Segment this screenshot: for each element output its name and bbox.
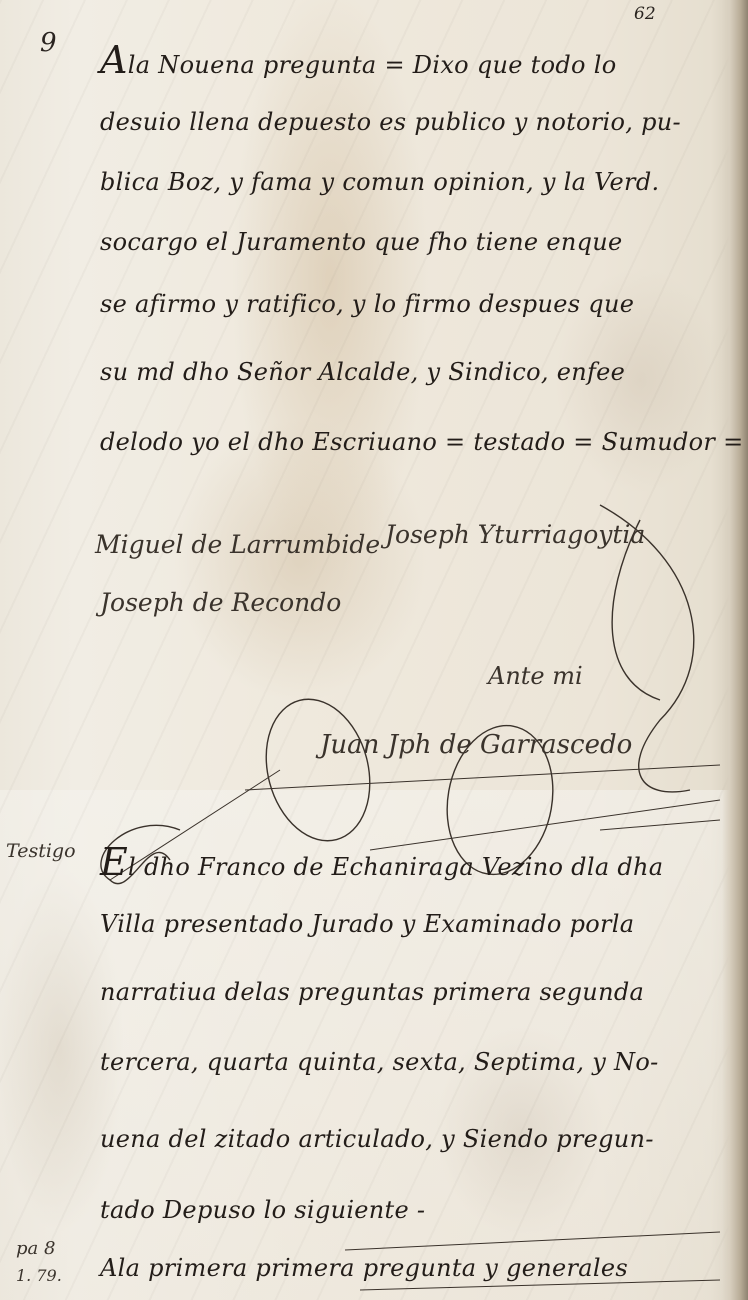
- text-line-8: El dho Franco de Echaniraga Vezino dla d…: [100, 840, 720, 884]
- rubric-flourishes-icon: [0, 0, 748, 1300]
- text-line-9: Villa presentado Jurado y Examinado porl…: [100, 910, 720, 938]
- margin-note-reference-1: pa 8: [16, 1238, 55, 1259]
- text-line-12: uena del zitado articulado, y Siendo pre…: [100, 1125, 720, 1153]
- manuscript-page: 62 9 Ala Nouena pregunta = Dixo que todo…: [0, 0, 748, 1300]
- text-line-11: tercera, quarta quinta, sexta, Septima, …: [100, 1048, 720, 1076]
- text-line-13: tado Depuso lo siguiente -: [100, 1196, 720, 1224]
- margin-note-reference-2: 1. 79.: [16, 1266, 62, 1285]
- margin-note-testigo: Testigo: [6, 840, 76, 862]
- text-line-14: Ala primera primera pregunta y generales: [100, 1254, 720, 1282]
- text-line-10: narratiua delas preguntas primera segund…: [100, 978, 720, 1006]
